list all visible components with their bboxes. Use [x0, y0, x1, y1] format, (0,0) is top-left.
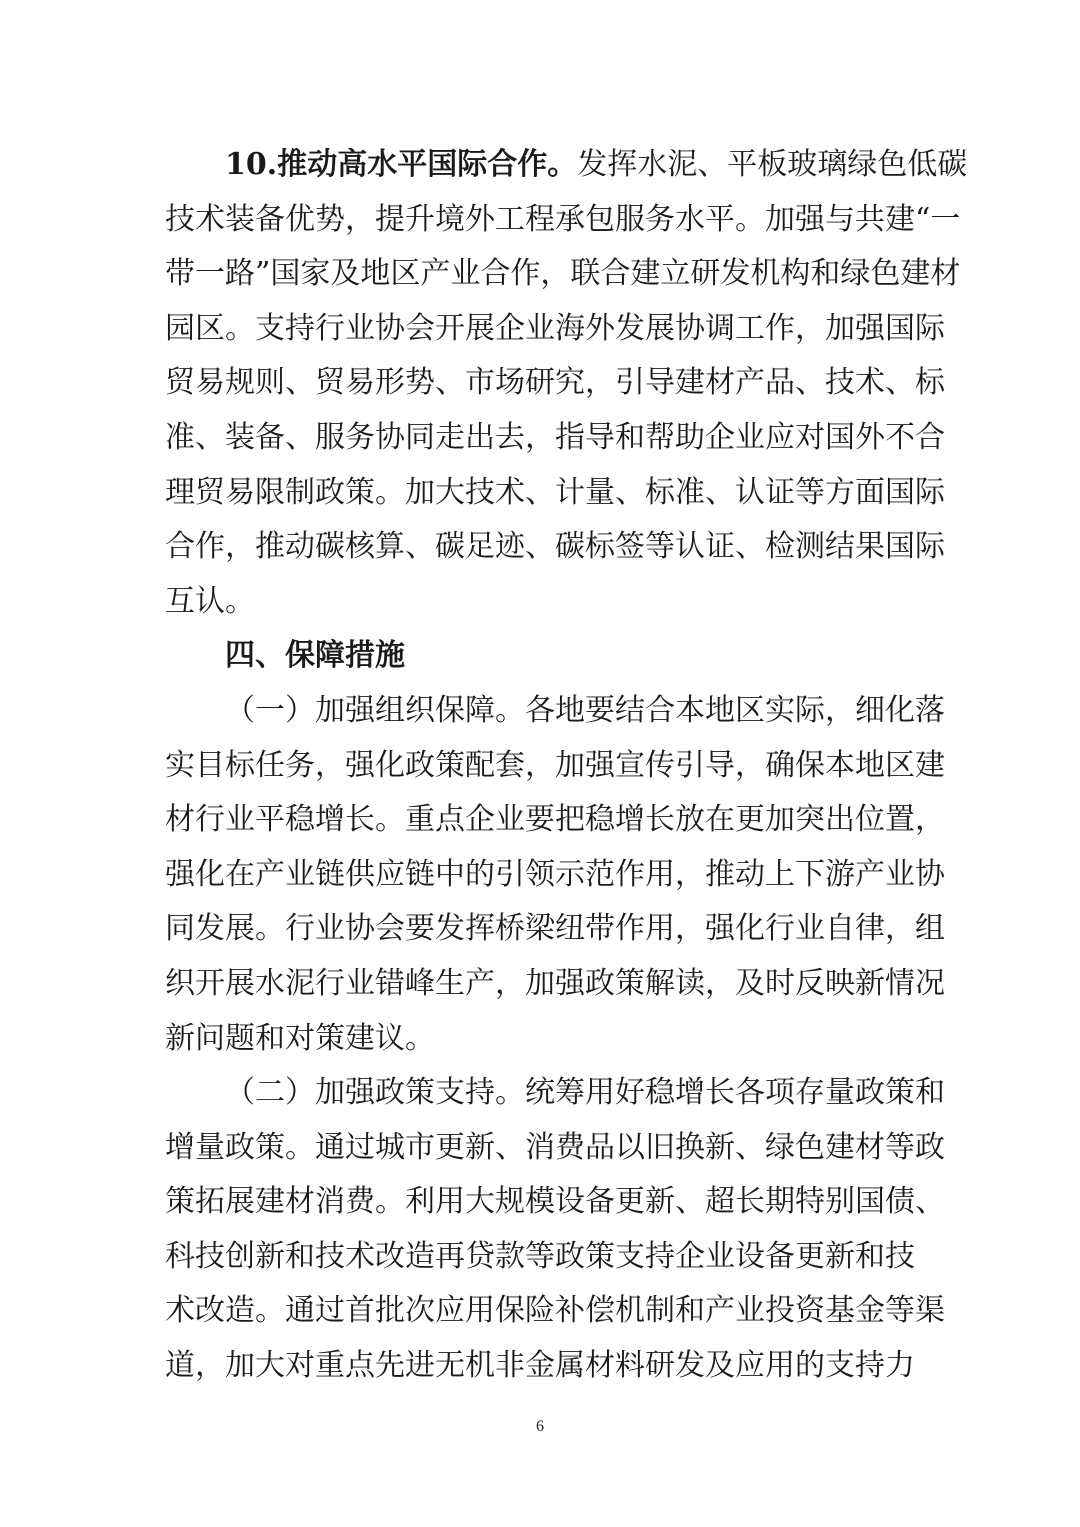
paragraph-section-4-1: （一）加强组织保障。各地要结合本地区实际，细化落 实目标任务，强化政策配套，加强…	[165, 684, 915, 1066]
item-10-lead: 10.推动高水平国际合作。	[225, 147, 577, 182]
text-line: （二）加强政策支持。统筹用好稳增长各项存量政策和	[165, 1066, 915, 1121]
text-line: 准、装备、服务协同走出去，指导和帮助企业应对国外不合	[165, 411, 915, 466]
text-line: 理贸易限制政策。加大技术、计量、标准、认证等方面国际	[165, 466, 915, 521]
text-line: 织开展水泥行业错峰生产，加强政策解读，及时反映新情况	[165, 957, 915, 1012]
text-line: 策拓展建材消费。利用大规模设备更新、超长期特别国债、	[165, 1175, 915, 1230]
paragraph-item-10: 10.推动高水平国际合作。发挥水泥、平板玻璃绿色低碳 技术装备优势，提升境外工程…	[165, 138, 915, 629]
text-line: 增量政策。通过城市更新、消费品以旧换新、绿色建材等政	[165, 1121, 915, 1176]
text-line: 园区。支持行业协会开展企业海外发展协调工作，加强国际	[165, 302, 915, 357]
text-line: 道，加大对重点先进无机非金属材料研发及应用的支持力	[165, 1339, 915, 1394]
text-line: 带一路”国家及地区产业合作，联合建立研发机构和绿色建材	[165, 247, 915, 302]
text-line: 10.推动高水平国际合作。发挥水泥、平板玻璃绿色低碳	[165, 138, 915, 193]
text-line: 互认。	[165, 575, 915, 630]
text-line: （一）加强组织保障。各地要结合本地区实际，细化落	[165, 684, 915, 739]
text-line: 强化在产业链供应链中的引领示范作用，推动上下游产业协	[165, 848, 915, 903]
text-line: 贸易规则、贸易形势、市场研究，引导建材产品、技术、标	[165, 356, 915, 411]
text-line: 实目标任务，强化政策配套，加强宣传引导，确保本地区建	[165, 739, 915, 794]
text-line: 同发展。行业协会要发挥桥梁纽带作用，强化行业自律，组	[165, 902, 915, 957]
text-line: 科技创新和技术改造再贷款等政策支持企业设备更新和技	[165, 1230, 915, 1285]
section-heading: 四、保障措施	[165, 629, 915, 684]
text-line: 术改造。通过首批次应用保险补偿机制和产业投资基金等渠	[165, 1284, 915, 1339]
text-line: 新问题和对策建议。	[165, 1012, 915, 1067]
document-body: 10.推动高水平国际合作。发挥水泥、平板玻璃绿色低碳 技术装备优势，提升境外工程…	[165, 138, 915, 1394]
text-line: 材行业平稳增长。重点企业要把稳增长放在更加突出位置，	[165, 793, 915, 848]
text-line: 技术装备优势，提升境外工程承包服务水平。加强与共建“一	[165, 193, 915, 248]
page-number: 6	[0, 1418, 1080, 1436]
paragraph-section-4-2: （二）加强政策支持。统筹用好稳增长各项存量政策和 增量政策。通过城市更新、消费品…	[165, 1066, 915, 1394]
document-page: 10.推动高水平国际合作。发挥水泥、平板玻璃绿色低碳 技术装备优势，提升境外工程…	[0, 0, 1080, 1527]
text-line: 合作，推动碳核算、碳足迹、碳标签等认证、检测结果国际	[165, 520, 915, 575]
